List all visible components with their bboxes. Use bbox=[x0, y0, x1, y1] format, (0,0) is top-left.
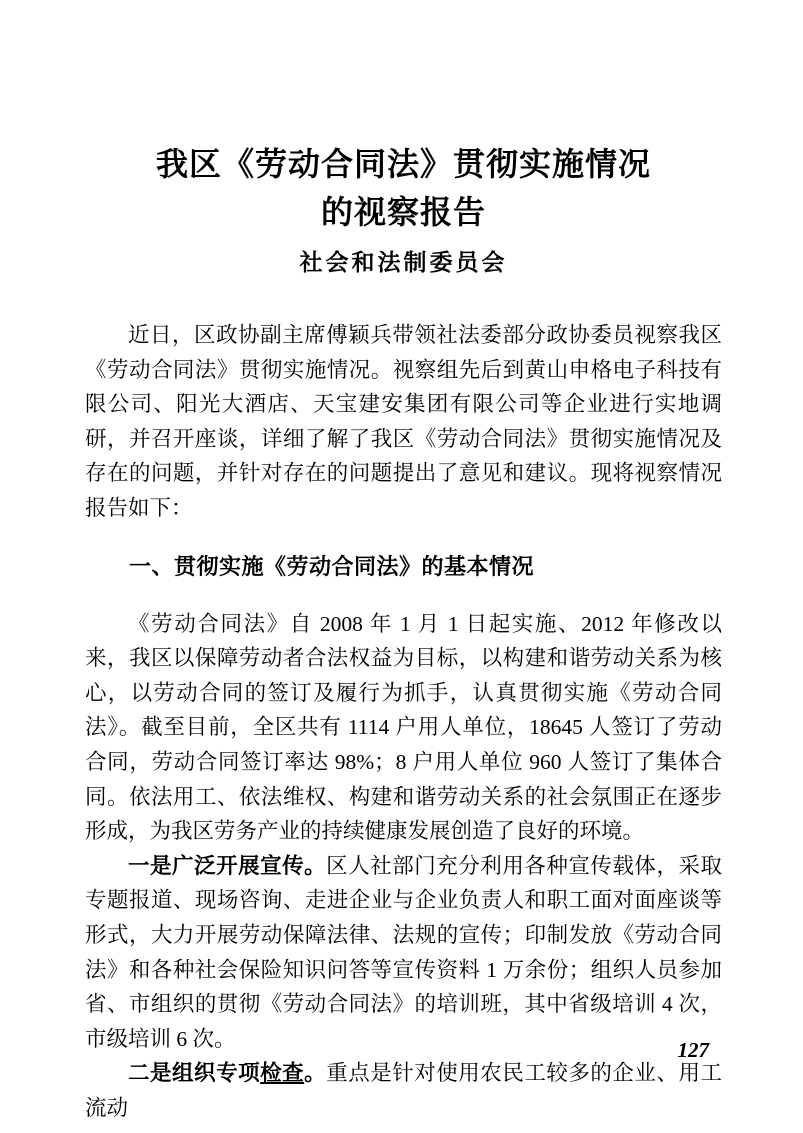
document-title-line-1: 我区《劳动合同法》贯彻实施情况 bbox=[156, 146, 651, 182]
point-2-lead: 二是组织专项检查。 bbox=[128, 1061, 326, 1085]
point-1-paragraph: 一是广泛开展宣传。区人社部门充分利用各种宣传载体，采取专题报道、现场咨询、走进企… bbox=[85, 849, 722, 1057]
document-body: 近日，区政协副主席傅颖兵带领社法委部分政协委员视察我区《劳动合同法》贯彻实施情况… bbox=[85, 318, 722, 1125]
document-title-line-2: 的视察报告 bbox=[321, 194, 486, 230]
point-1-text: 区人社部门充分利用各种宣传载体，采取专题报道、现场咨询、走进企业与企业负责人和职… bbox=[85, 854, 722, 1051]
section-1-overview-paragraph: 《劳动合同法》自 2008 年 1 月 1 日起实施、2012 年修改以来，我区… bbox=[85, 607, 722, 849]
document-title: 我区《劳动合同法》贯彻实施情况 的视察报告 bbox=[85, 0, 722, 236]
document-content: 我区《劳动合同法》贯彻实施情况 的视察报告 社会和法制委员会 近日，区政协副主席… bbox=[85, 0, 722, 1125]
document-author: 社会和法制委员会 bbox=[85, 248, 722, 278]
section-1-heading: 一、贯彻实施《劳动合同法》的基本情况 bbox=[85, 549, 722, 584]
point-1-lead: 一是广泛开展宣传。 bbox=[128, 854, 326, 878]
point-2-lead-underlined: 检查 bbox=[260, 1061, 304, 1085]
document-page: 我区《劳动合同法》贯彻实施情况 的视察报告 社会和法制委员会 近日，区政协副主席… bbox=[0, 0, 803, 1133]
point-2-paragraph: 二是组织专项检查。重点是针对使用农民工较多的企业、用工流动 bbox=[85, 1056, 722, 1125]
point-2-lead-pre: 二是组织专项 bbox=[128, 1061, 260, 1085]
page-number: 127 bbox=[678, 1038, 710, 1062]
point-2-lead-post: 。 bbox=[304, 1061, 326, 1085]
intro-paragraph: 近日，区政协副主席傅颖兵带领社法委部分政协委员视察我区《劳动合同法》贯彻实施情况… bbox=[85, 318, 722, 526]
